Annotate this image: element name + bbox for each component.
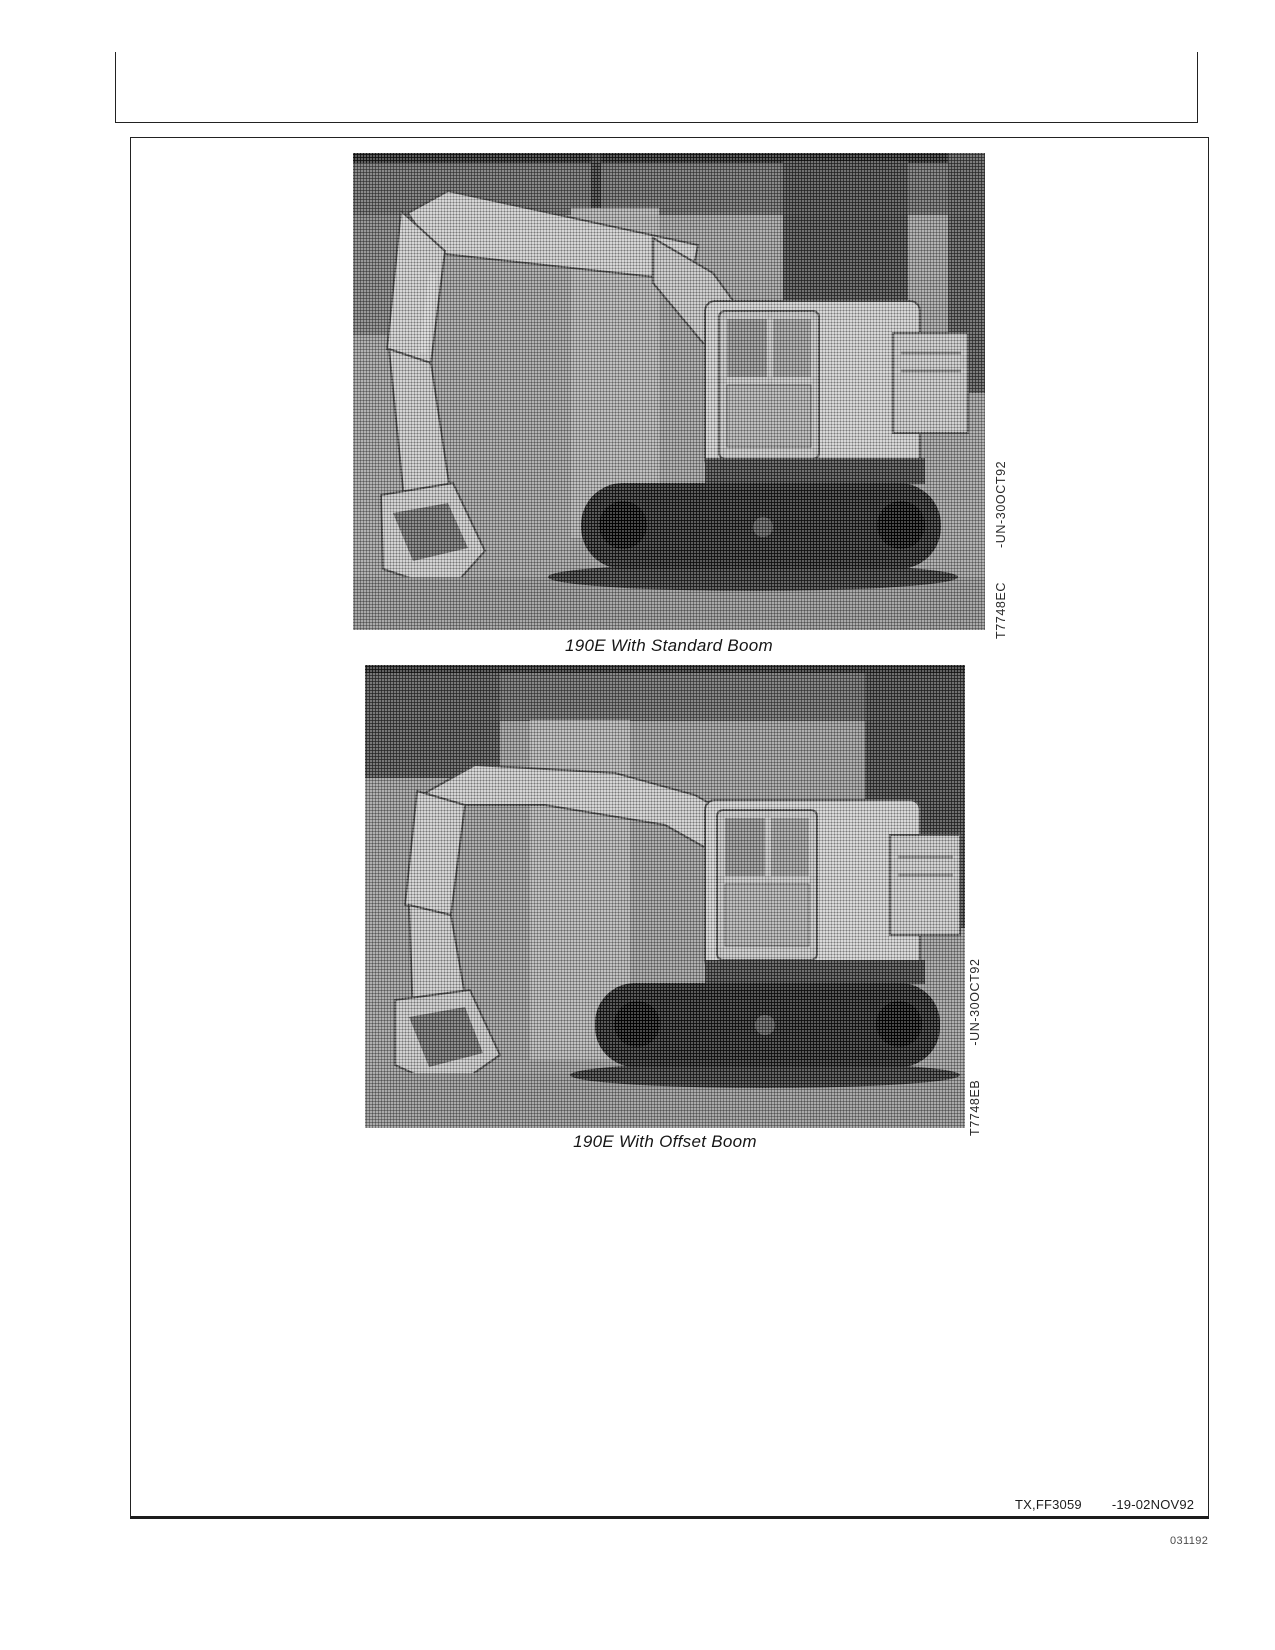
footer-date-code: -19-02NOV92 bbox=[1112, 1497, 1194, 1512]
figure-caption: 190E With Offset Boom bbox=[365, 1132, 965, 1152]
header-rule bbox=[115, 52, 1198, 123]
photo-excavator-offset-boom bbox=[365, 665, 965, 1128]
page-stamp: 031192 bbox=[1170, 1535, 1208, 1547]
figure-un-code: -UN-30OCT92 bbox=[994, 461, 1008, 548]
figure-caption: 190E With Standard Boom bbox=[353, 636, 985, 656]
figure-id-code: T7748EB bbox=[968, 1080, 982, 1136]
figure-id-label: T7748EC -UN-30OCT92 bbox=[993, 421, 1009, 645]
halftone-texture bbox=[365, 665, 965, 1128]
footer-doc-code: TX,FF3059 bbox=[1015, 1497, 1082, 1512]
figure-id-label: T7748EB -UN-30OCT92 bbox=[967, 956, 983, 1138]
figure-id-code: T7748EC bbox=[994, 582, 1008, 639]
manual-page: T7748EC -UN-30OCT92 190E With Standard B… bbox=[0, 0, 1275, 1650]
halftone-texture bbox=[353, 153, 985, 630]
footer: TX,FF3059 -19-02NOV92 bbox=[1015, 1497, 1194, 1512]
figure-un-code: -UN-30OCT92 bbox=[968, 958, 982, 1045]
photo-excavator-standard-boom bbox=[353, 153, 985, 630]
